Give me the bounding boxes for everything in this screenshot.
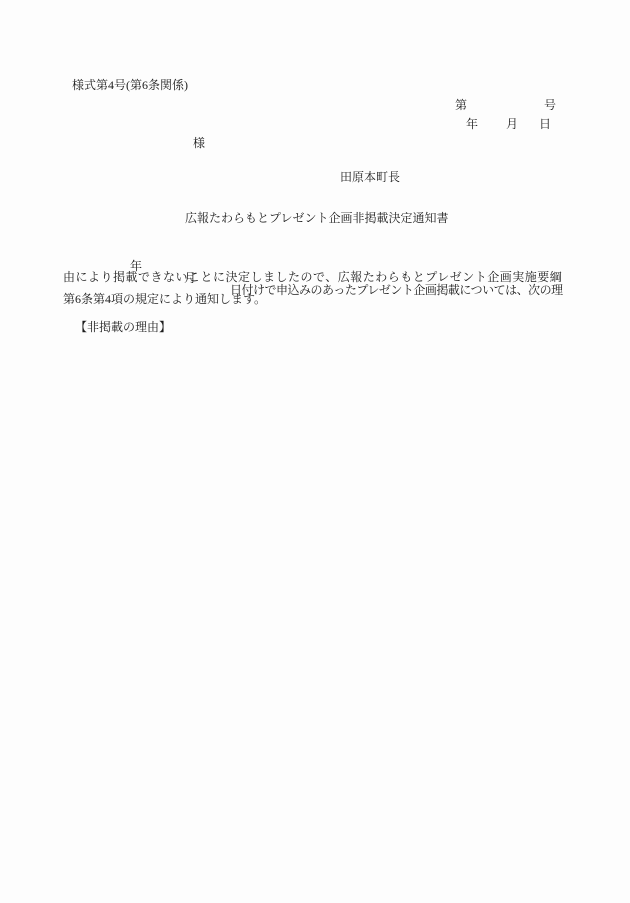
date-year-label: 年: [466, 118, 478, 130]
document-page: 様式第4号(第6条関係) 第 号 年 月 日 様 田原本町長 広報たわらもとプレ…: [0, 0, 630, 903]
date-day-label: 日: [539, 118, 551, 130]
date-month-label: 月: [506, 118, 518, 130]
body-paragraph-line3: 第6条第4項の規定により通知します。: [63, 293, 266, 305]
body-line1-text: 日付けで申込みのあったプレゼント企画掲載については、次の理: [230, 284, 563, 296]
document-title: 広報たわらもとプレゼント企画非掲載決定通知書: [185, 212, 449, 224]
body-paragraph-line2: 由により掲載できないことに決定しましたので、広報たわらもとプレゼント企画実施要綱: [63, 271, 562, 283]
doc-number-prefix: 第: [455, 99, 467, 111]
non-publication-reason-heading: 【非掲載の理由】: [75, 321, 171, 333]
form-number-label: 様式第4号(第6条関係): [72, 79, 188, 91]
addressee-honorific: 様: [193, 137, 205, 149]
sender-title: 田原本町長: [340, 171, 400, 183]
doc-number-suffix: 号: [544, 99, 556, 111]
